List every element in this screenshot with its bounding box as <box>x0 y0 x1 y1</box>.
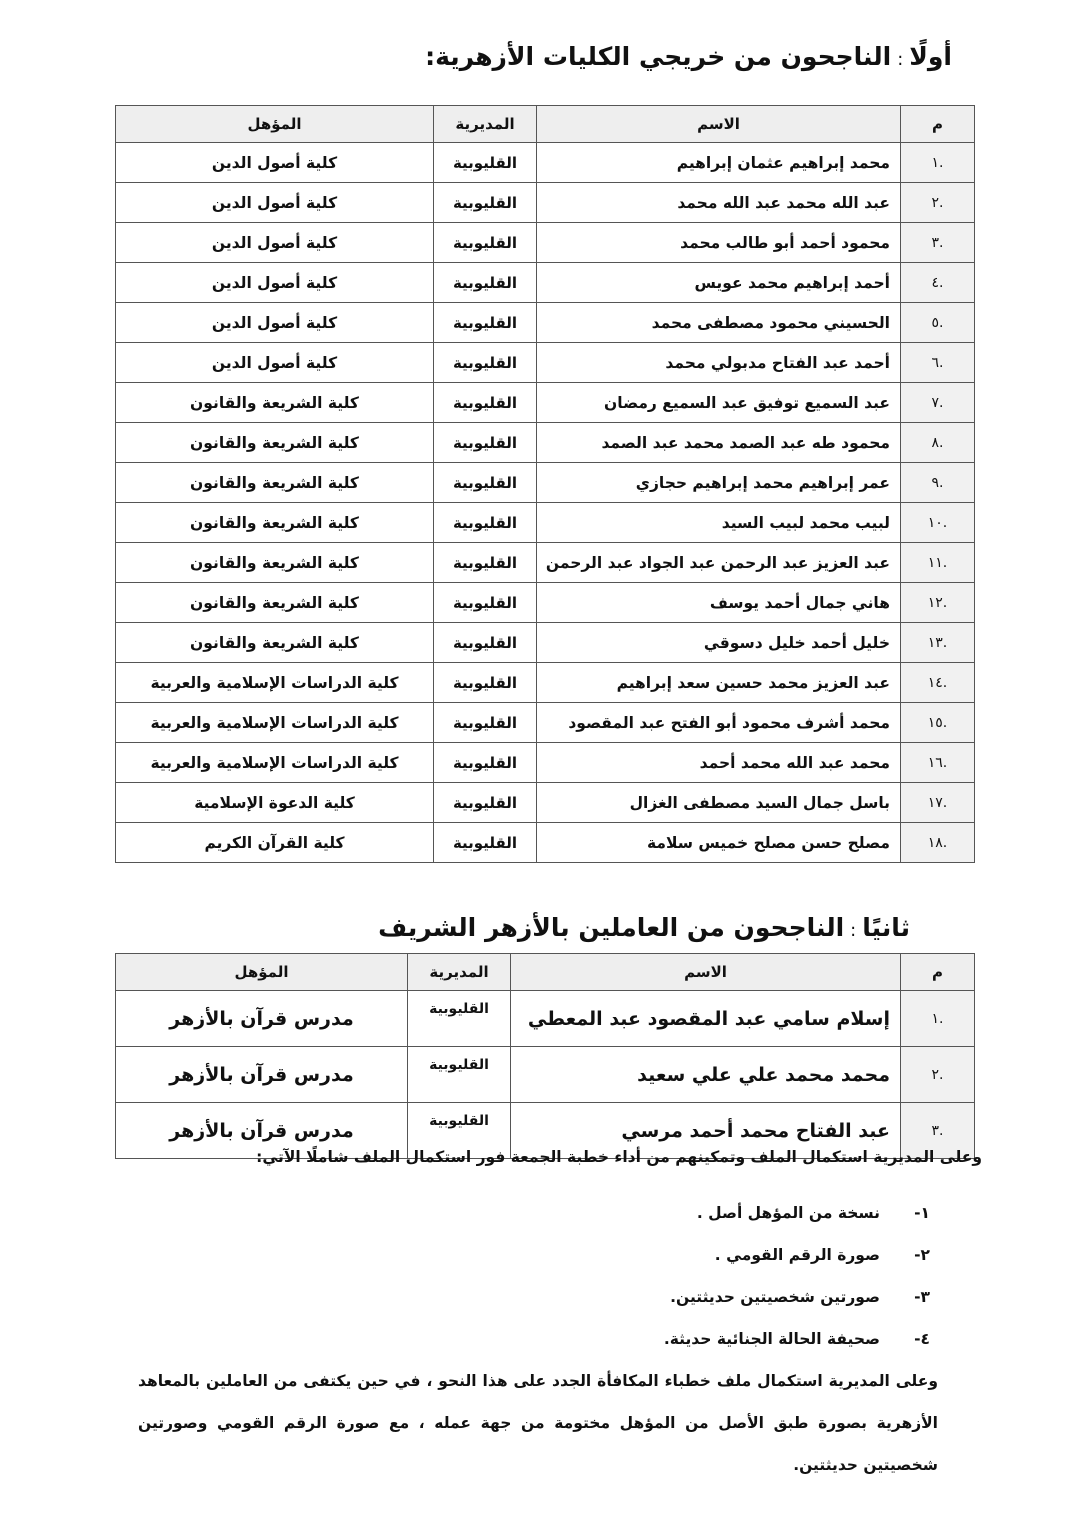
section1-heading-prefix: أولًا <box>909 42 952 71</box>
row-number: .١١ <box>901 543 975 583</box>
row-name: باسل جمال السيد مصطفى الغزال <box>537 783 901 823</box>
table-row: .١٠لبيب محمد لبيب السيدالقليوبيةكلية الش… <box>116 503 975 543</box>
instructions-closing: وعلى المديرية استكمال ملف خطباء المكافأة… <box>138 1360 938 1486</box>
requirement-item: ١-نسخة من المؤهل أصل . <box>664 1198 930 1240</box>
table-row: .٩عمر إبراهيم محمد إبراهيم حجازيالقليوبي… <box>116 463 975 503</box>
row-qualification: كلية الدعوة الإسلامية <box>116 783 434 823</box>
requirement-item: ٢-صورة الرقم القومي . <box>664 1240 930 1282</box>
table-row: .١٧باسل جمال السيد مصطفى الغزالالقليوبية… <box>116 783 975 823</box>
row-qualification: كلية الشريعة والقانون <box>116 463 434 503</box>
row-qualification: كلية الشريعة والقانون <box>116 383 434 423</box>
row-qualification: مدرس قرآن بالأزهر <box>116 991 408 1047</box>
row-directorate: القليوبية <box>434 663 537 703</box>
row-name: عبد العزيز محمد حسين سعد إبراهيم <box>537 663 901 703</box>
row-name: الحسيني محمود مصطفى محمد <box>537 303 901 343</box>
row-number: .١٨ <box>901 823 975 863</box>
row-qualification: كلية الدراسات الإسلامية والعربية <box>116 743 434 783</box>
table-row: .٢محمد محمد علي علي سعيدالقليوبيةمدرس قر… <box>116 1047 975 1103</box>
table-row: .١محمد إبراهيم عثمان إبراهيمالقليوبيةكلي… <box>116 143 975 183</box>
row-directorate: القليوبية <box>434 303 537 343</box>
row-qualification: كلية الشريعة والقانون <box>116 503 434 543</box>
row-name: عمر إبراهيم محمد إبراهيم حجازي <box>537 463 901 503</box>
table-row: .٣محمود أحمد أبو طالب محمدالقليوبيةكلية … <box>116 223 975 263</box>
row-directorate: القليوبية <box>434 463 537 503</box>
row-name: عبد العزيز عبد الرحمن عبد الجواد عبد الر… <box>537 543 901 583</box>
row-name: خليل أحمد خليل دسوقي <box>537 623 901 663</box>
table-row: .٤أحمد إبراهيم محمد عويسالقليوبيةكلية أص… <box>116 263 975 303</box>
row-number: .١٥ <box>901 703 975 743</box>
row-qualification: كلية الشريعة والقانون <box>116 423 434 463</box>
column-header-directorate: المديرية <box>434 106 537 143</box>
row-number: .١٤ <box>901 663 975 703</box>
row-number: .١٠ <box>901 503 975 543</box>
row-name: محمود أحمد أبو طالب محمد <box>537 223 901 263</box>
row-qualification: كلية أصول الدين <box>116 223 434 263</box>
column-header-qualification: المؤهل <box>116 954 408 991</box>
row-number: .١ <box>901 143 975 183</box>
column-header-name: الاسم <box>537 106 901 143</box>
graduates-table: م الاسم المديرية المؤهل .١محمد إبراهيم ع… <box>115 105 975 863</box>
row-number: .٨ <box>901 423 975 463</box>
row-name: عبد السميع توفيق عبد السميع رمضان <box>537 383 901 423</box>
row-number: .١ <box>901 991 975 1047</box>
row-directorate: القليوبية <box>434 343 537 383</box>
requirement-number: ١- <box>880 1198 930 1240</box>
table-header-row: م الاسم المديرية المؤهل <box>116 954 975 991</box>
azhar-employees-table: م الاسم المديرية المؤهل .١إسلام سامي عبد… <box>115 953 975 1159</box>
row-qualification: كلية أصول الدين <box>116 143 434 183</box>
row-number: .٣ <box>901 223 975 263</box>
requirement-number: ٢- <box>880 1240 930 1282</box>
table-row: .٧عبد السميع توفيق عبد السميع رمضانالقلي… <box>116 383 975 423</box>
row-directorate: القليوبية <box>434 543 537 583</box>
row-qualification: كلية أصول الدين <box>116 343 434 383</box>
instructions-intro: وعلى المديرية استكمال الملف وتمكينهم من … <box>122 1146 982 1168</box>
section1-heading-text: الناجحون من خريجي الكليات الأزهرية: <box>425 42 891 71</box>
row-qualification: مدرس قرآن بالأزهر <box>116 1047 408 1103</box>
row-directorate: القليوبية <box>434 503 537 543</box>
table-row: .١٣خليل أحمد خليل دسوقيالقليوبيةكلية الش… <box>116 623 975 663</box>
table-row: .١إسلام سامي عبد المقصود عبد المعطيالقلي… <box>116 991 975 1047</box>
section2-heading-text: الناجحون من العاملين بالأزهر الشريف <box>378 913 844 942</box>
row-number: .١٢ <box>901 583 975 623</box>
row-qualification: كلية الشريعة والقانون <box>116 623 434 663</box>
row-directorate: القليوبية <box>434 263 537 303</box>
row-name: إسلام سامي عبد المقصود عبد المعطي <box>511 991 901 1047</box>
row-directorate: القليوبية <box>434 583 537 623</box>
column-header-directorate: المديرية <box>408 954 511 991</box>
row-name: محمد أشرف محمود أبو الفتح عبد المقصود <box>537 703 901 743</box>
row-name: محمد محمد علي علي سعيد <box>511 1047 901 1103</box>
row-directorate: القليوبية <box>434 423 537 463</box>
requirement-item: ٣-صورتين شخصيتين حديثتين. <box>664 1282 930 1324</box>
row-directorate: القليوبية <box>434 703 537 743</box>
row-name: محمد عبد الله محمد أحمد <box>537 743 901 783</box>
table-row: .٦أحمد عبد الفتاح مدبولي محمدالقليوبيةكل… <box>116 343 975 383</box>
row-name: أحمد إبراهيم محمد عويس <box>537 263 901 303</box>
heading-separator: : <box>897 49 903 70</box>
table-row: .١٤عبد العزيز محمد حسين سعد إبراهيمالقلي… <box>116 663 975 703</box>
column-header-qualification: المؤهل <box>116 106 434 143</box>
requirement-text: صورتين شخصيتين حديثتين. <box>670 1282 880 1324</box>
table-row: .٥الحسيني محمود مصطفى محمدالقليوبيةكلية … <box>116 303 975 343</box>
row-directorate: القليوبية <box>434 623 537 663</box>
row-name: مصلح حسن مصلح خميس سلامة <box>537 823 901 863</box>
row-qualification: كلية الدراسات الإسلامية والعربية <box>116 703 434 743</box>
row-directorate: القليوبية <box>408 991 511 1047</box>
requirement-text: صورة الرقم القومي . <box>715 1240 880 1282</box>
row-name: أحمد عبد الفتاح مدبولي محمد <box>537 343 901 383</box>
table-row: .١٢هاني جمال أحمد يوسفالقليوبيةكلية الشر… <box>116 583 975 623</box>
row-name: عبد الله محمد عبد الله محمد <box>537 183 901 223</box>
row-name: محمود طه عبد الصمد محمد عبد الصمد <box>537 423 901 463</box>
row-number: .٢ <box>901 1047 975 1103</box>
row-number: .١٧ <box>901 783 975 823</box>
row-name: هاني جمال أحمد يوسف <box>537 583 901 623</box>
table-row: .١٨مصلح حسن مصلح خميس سلامةالقليوبيةكلية… <box>116 823 975 863</box>
table-row: .٨محمود طه عبد الصمد محمد عبد الصمدالقلي… <box>116 423 975 463</box>
section2-heading: ثانيًا:الناجحون من العاملين بالأزهر الشر… <box>378 913 910 942</box>
row-directorate: القليوبية <box>434 743 537 783</box>
heading-separator: : <box>850 920 856 941</box>
row-number: .٩ <box>901 463 975 503</box>
row-directorate: القليوبية <box>434 783 537 823</box>
requirement-text: نسخة من المؤهل أصل . <box>697 1198 880 1240</box>
row-number: .٦ <box>901 343 975 383</box>
row-qualification: كلية القرآن الكريم <box>116 823 434 863</box>
row-name: محمد إبراهيم عثمان إبراهيم <box>537 143 901 183</box>
row-number: .٤ <box>901 263 975 303</box>
table-row: .٢عبد الله محمد عبد الله محمدالقليوبيةكل… <box>116 183 975 223</box>
column-header-number: م <box>901 954 975 991</box>
row-qualification: كلية أصول الدين <box>116 303 434 343</box>
row-number: .١٣ <box>901 623 975 663</box>
row-directorate: القليوبية <box>434 183 537 223</box>
table-row: .١٦محمد عبد الله محمد أحمدالقليوبيةكلية … <box>116 743 975 783</box>
table-row: .١٥محمد أشرف محمود أبو الفتح عبد المقصود… <box>116 703 975 743</box>
row-number: .١٦ <box>901 743 975 783</box>
row-directorate: القليوبية <box>408 1047 511 1103</box>
row-directorate: القليوبية <box>434 143 537 183</box>
row-qualification: كلية الدراسات الإسلامية والعربية <box>116 663 434 703</box>
row-number: .٥ <box>901 303 975 343</box>
requirement-number: ٣- <box>880 1282 930 1324</box>
requirements-list: ١-نسخة من المؤهل أصل .٢-صورة الرقم القوم… <box>664 1198 930 1366</box>
section1-heading: أولًا:الناجحون من خريجي الكليات الأزهرية… <box>425 42 952 71</box>
row-number: .٢ <box>901 183 975 223</box>
table-row: .١١عبد العزيز عبد الرحمن عبد الجواد عبد … <box>116 543 975 583</box>
row-qualification: كلية أصول الدين <box>116 183 434 223</box>
row-qualification: كلية أصول الدين <box>116 263 434 303</box>
row-qualification: كلية الشريعة والقانون <box>116 583 434 623</box>
row-number: .٧ <box>901 383 975 423</box>
column-header-name: الاسم <box>511 954 901 991</box>
section2-heading-prefix: ثانيًا <box>862 913 910 942</box>
row-directorate: القليوبية <box>434 223 537 263</box>
row-directorate: القليوبية <box>434 383 537 423</box>
row-qualification: كلية الشريعة والقانون <box>116 543 434 583</box>
row-directorate: القليوبية <box>434 823 537 863</box>
column-header-number: م <box>901 106 975 143</box>
row-name: لبيب محمد لبيب السيد <box>537 503 901 543</box>
table-header-row: م الاسم المديرية المؤهل <box>116 106 975 143</box>
